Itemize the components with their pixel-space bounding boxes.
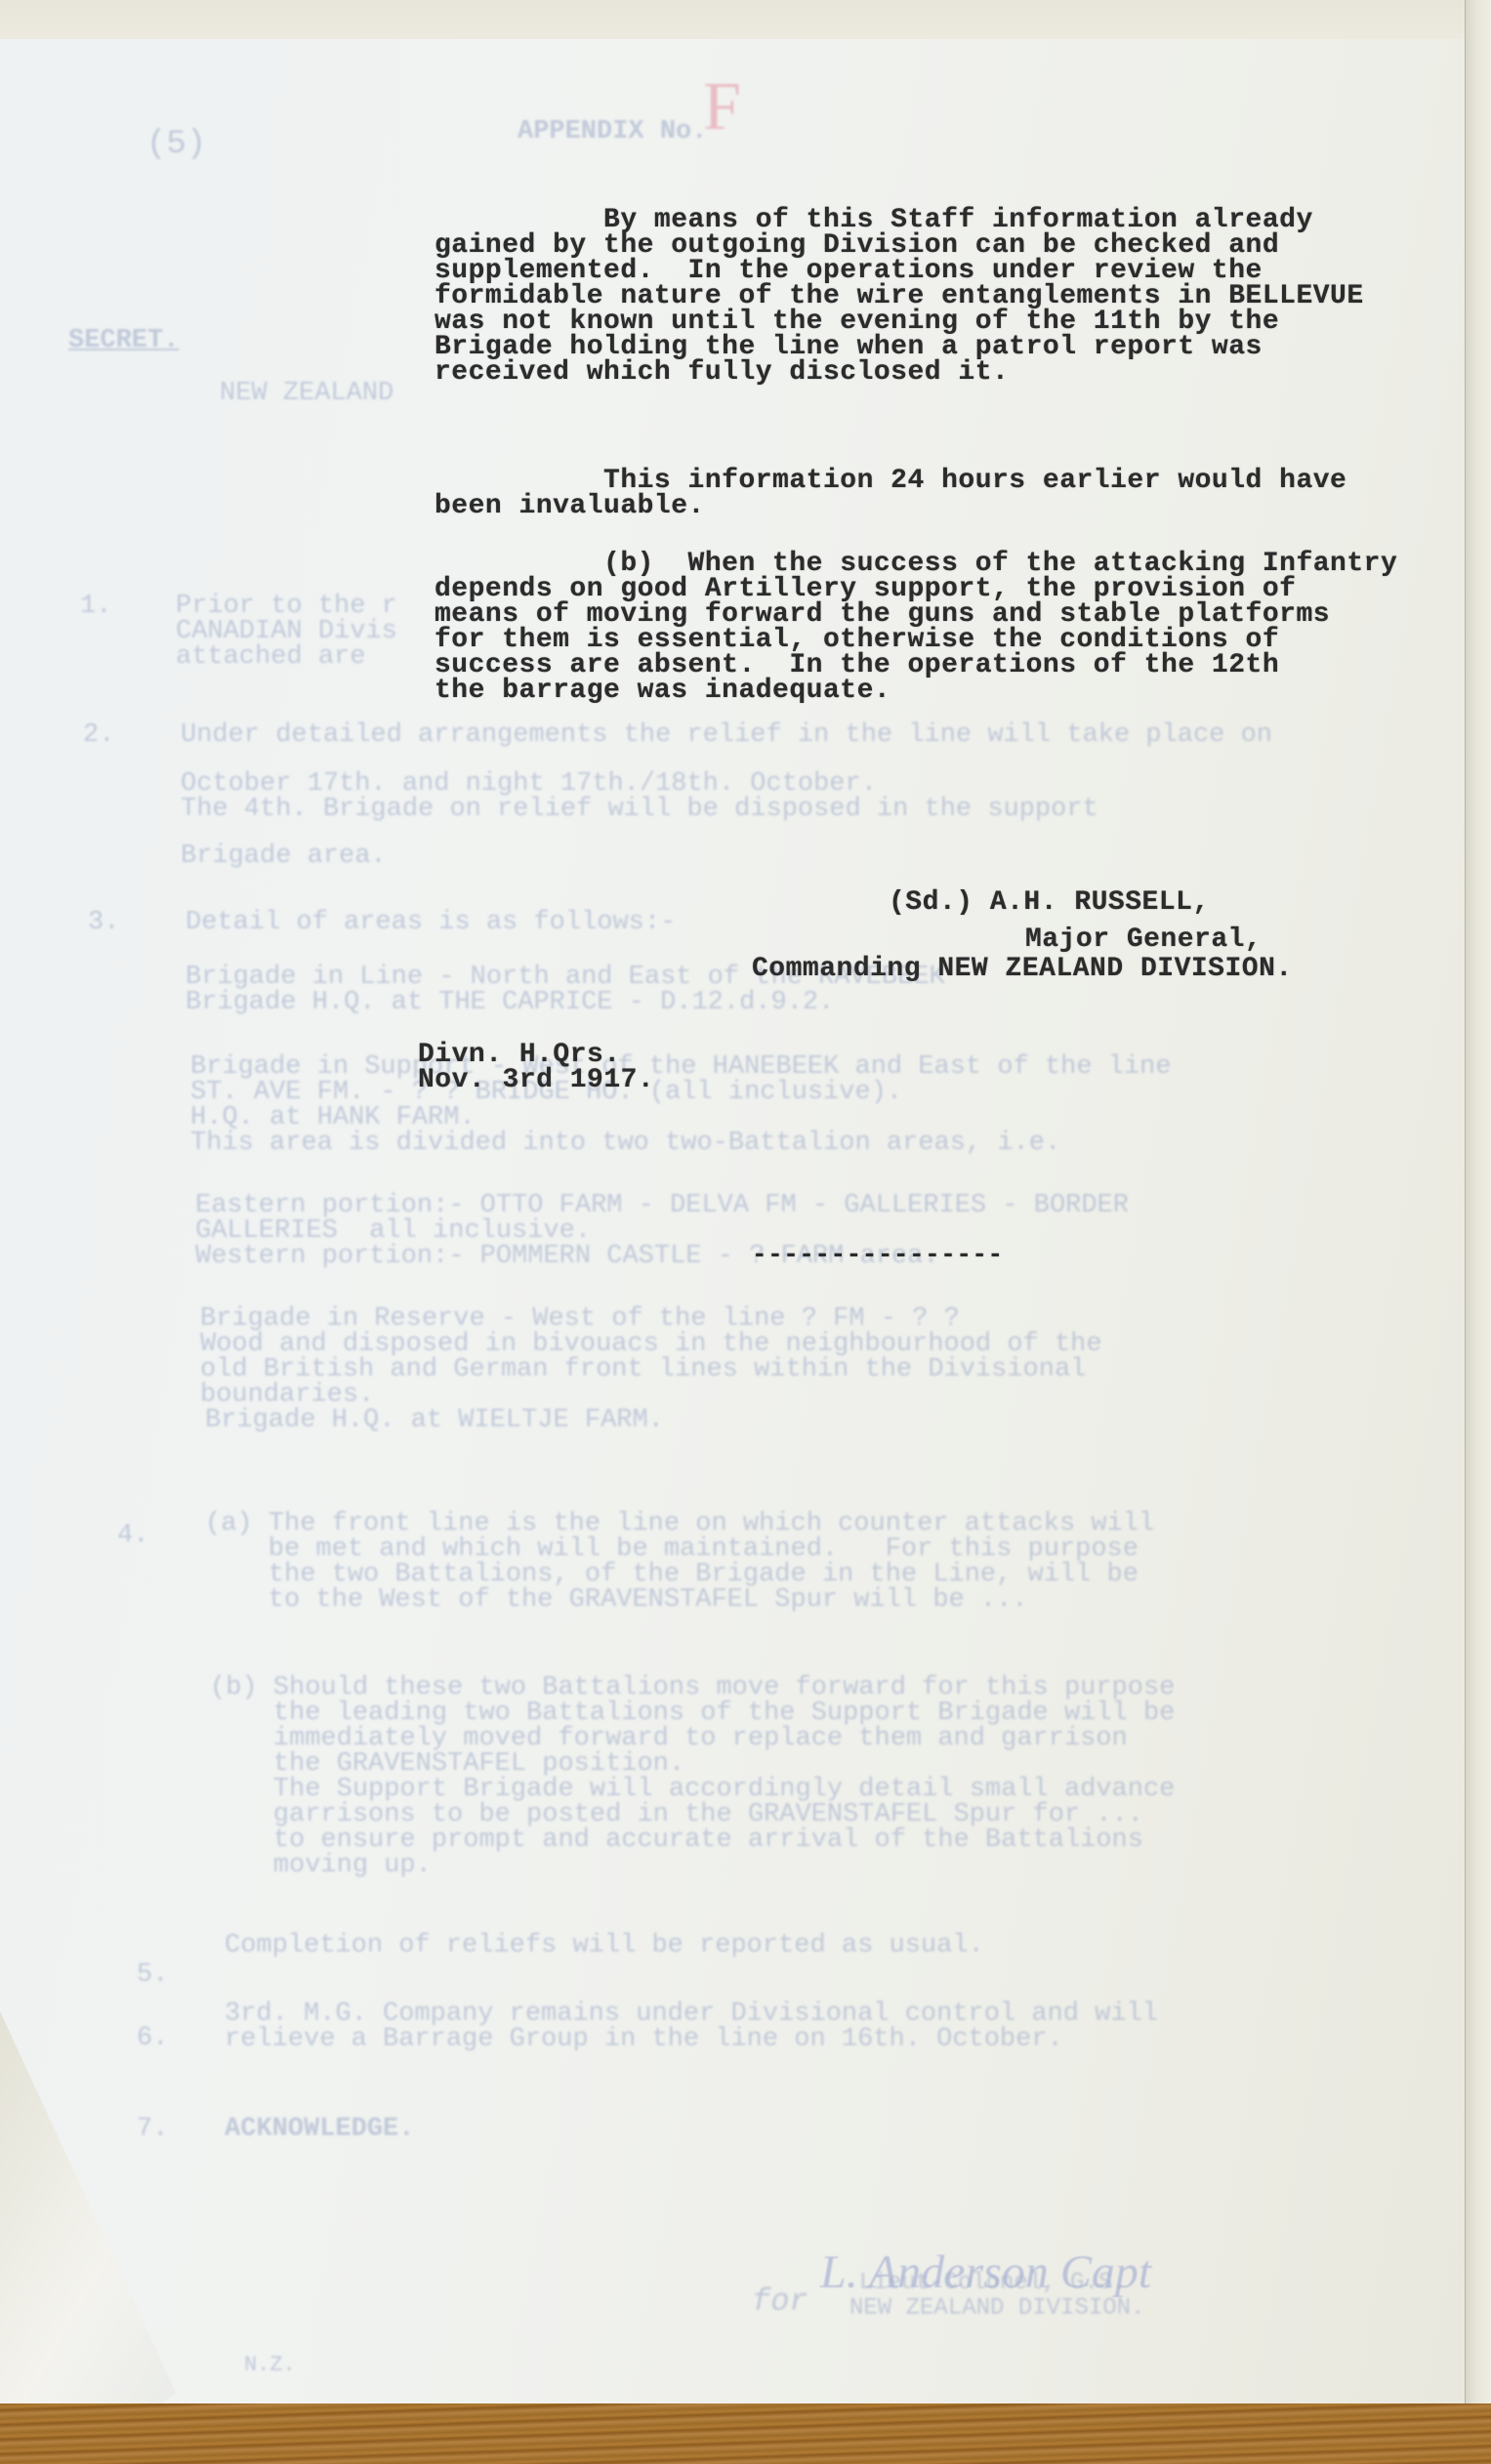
ghost-footer: N.Z.: [244, 2353, 296, 2378]
ghost-appendix-header: APPENDIX No.: [518, 119, 707, 144]
ghost-line: Prior to the r: [176, 594, 397, 619]
ghost-page-mark: (5): [146, 132, 206, 157]
ghost-line: garrisons to be posted in the GRAVENSTAF…: [210, 1802, 1143, 1827]
ghost-line: moving up.: [210, 1853, 432, 1878]
ghost-secret: SECRET.: [68, 328, 179, 353]
ghost-line: (a) The front line is the line on which …: [205, 1511, 1154, 1537]
ghost-line: the GRAVENSTAFEL position.: [210, 1751, 684, 1777]
text-line: been invaluable.: [435, 494, 705, 519]
ghost-line: boundaries.: [200, 1382, 374, 1408]
ghost-item-num: 7.: [137, 2116, 168, 2142]
signatory-command: Commanding NEW ZEALAND DIVISION.: [752, 957, 1293, 982]
ghost-line: The 4th. Brigade on relief will be dispo…: [181, 797, 1098, 822]
ghost-line: to the West of the GRAVENSTAFEL Spur wil…: [205, 1587, 1028, 1613]
text-line: received which fully disclosed it.: [435, 360, 1009, 386]
ghost-line: Brigade H.Q. at THE CAPRICE - D.12.d.9.2…: [186, 990, 834, 1015]
ghost-line: the leading two Battalions of the Suppor…: [210, 1701, 1175, 1726]
ghost-line: Under detailed arrangements the relief i…: [181, 722, 1272, 748]
ghost-acknowledge: ACKNOWLEDGE.: [225, 2116, 414, 2142]
ghost-line: old British and German front lines withi…: [200, 1357, 1086, 1382]
signed-name: (Sd.) A.H. RUSSELL,: [889, 890, 1210, 916]
ghost-line: The Support Brigade will accordingly det…: [210, 1777, 1175, 1802]
ghost-line: the two Battalions, of the Brigade in th…: [205, 1562, 1139, 1587]
ghost-line: (b) Should these two Battalions move for…: [210, 1675, 1175, 1701]
ghost-line: This area is divided into two two-Battal…: [190, 1130, 1060, 1156]
ghost-line: Completion of reliefs will be reported a…: [225, 1933, 984, 1958]
ghost-line: 3rd. M.G. Company remains under Division…: [225, 2001, 1158, 2027]
ghost-line: to ensure prompt and accurate arrival of…: [210, 1827, 1143, 1853]
red-f-mark: F: [703, 68, 741, 146]
ghost-line: Wood and disposed in bivouacs in the nei…: [200, 1332, 1102, 1357]
ghost-item-num: 4.: [117, 1523, 148, 1548]
ghost-line: immediately moved forward to replace the…: [210, 1726, 1128, 1751]
ghost-signoff-line2: NEW ZEALAND DIVISION.: [849, 2296, 1144, 2321]
ghost-line: H.Q. at HANK FARM.: [190, 1105, 476, 1130]
ghost-item-num: 6.: [137, 2026, 168, 2051]
ghost-line: be met and which will be maintained. For…: [205, 1537, 1139, 1562]
origin-date: Nov. 3rd 1917.: [418, 1068, 654, 1093]
end-rule: ----------------: [752, 1242, 1004, 1267]
ghost-item-num: 3.: [88, 910, 119, 935]
ghost-signoff-line1: Lieut-Colonel, G.S.: [859, 2271, 1127, 2296]
signatory-rank: Major General,: [1025, 927, 1262, 953]
ghost-line: CANADIAN Divis: [176, 619, 397, 644]
ghost-line: Eastern portion:- OTTO FARM - DELVA FM -…: [195, 1193, 1129, 1218]
ghost-line: October 17th. and night 17th./18th. Octo…: [181, 771, 877, 797]
ghost-line: Brigade area.: [181, 843, 387, 869]
paper-stack-edge: [1465, 0, 1491, 2411]
ghost-line: Brigade in Reserve - West of the line ? …: [200, 1306, 960, 1332]
ghost-line: Brigade H.Q. at WIELTJE FARM.: [205, 1408, 664, 1433]
ghost-title: NEW ZEALAND: [220, 381, 393, 406]
ghost-line: GALLERIES all inclusive.: [195, 1218, 591, 1244]
ghost-line: relieve a Barrage Group in the line on 1…: [225, 2027, 1063, 2052]
ghost-signoff-prefix: for: [752, 2289, 808, 2315]
ghost-item-num: 5.: [137, 1962, 168, 1988]
ghost-line: attached are: [176, 644, 365, 670]
paper-top-edge: [0, 0, 1491, 39]
wooden-table-surface: [0, 2403, 1491, 2464]
ghost-item-num: 2.: [83, 722, 114, 748]
text-line: the barrage was inadequate.: [435, 678, 890, 704]
ghost-line: Detail of areas is as follows:-: [186, 910, 676, 935]
ghost-line: Brigade in Support - West of the HANEBEE…: [190, 1054, 1172, 1080]
ghost-item-num: 1.: [80, 594, 111, 619]
